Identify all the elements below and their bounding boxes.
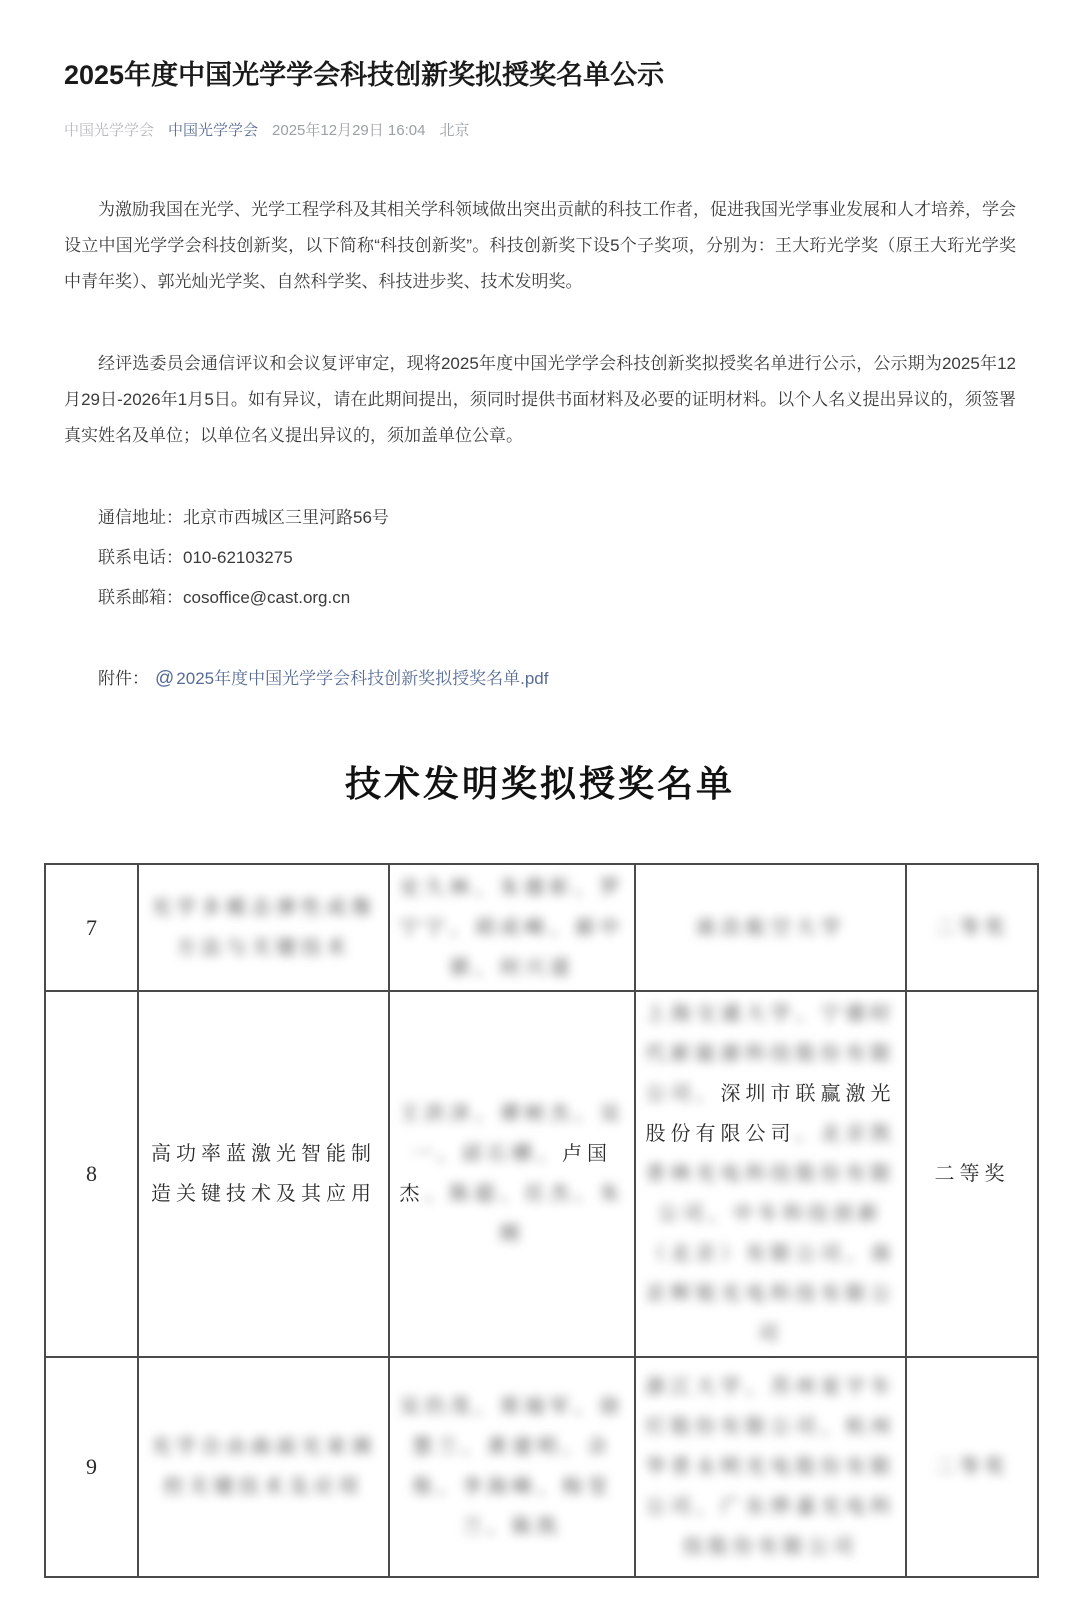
award-level-cell: 二等奖 [906, 991, 1038, 1357]
author-name: 中国光学学会 [64, 119, 154, 140]
award-level-cell: 二等奖 [906, 1357, 1038, 1577]
institutions-cell: 上海交通大学、宁德时代新能源科技股份有限公司、深圳市联赢激光股份有限公司、北京凯… [635, 991, 906, 1357]
announcement-paragraph: 经评选委员会通信评议和会议复评审定，现将2025年度中国光学学会科技创新奖拟授奖… [64, 346, 1016, 454]
row-number-cell: 8 [45, 991, 138, 1357]
award-table: 7光学多模态弹性成像方法与关键技术史久林、朱德彰、罗宁宁、胡成峰、郝中骐、何兴道… [44, 863, 1039, 1578]
redacted-text: 光学自由曲面光束调控关键技术及应用 [151, 1436, 376, 1498]
attachment-label: 附件： [98, 664, 149, 694]
table-row: 9光学自由曲面光束调控关键技术及应用吴仍茂、郑瑞军、徐慧兰、黄建明、佘俊、李海峰… [45, 1357, 1038, 1577]
award-level-cell: 二等奖 [906, 864, 1038, 991]
institutions-cell: 南昌航空大学 [635, 864, 906, 991]
project-name-cell: 高功率蓝激光智能制造关键技术及其应用 [138, 991, 389, 1357]
redacted-text: 吴仍茂、郑瑞军、徐慧兰、黄建明、佘俊、李海峰、杨莹兰、陈凯 [400, 1396, 625, 1538]
awardees-cell: 吴仍茂、郑瑞军、徐慧兰、黄建明、佘俊、李海峰、杨莹兰、陈凯 [389, 1357, 635, 1577]
awardees-cell: 王洪泽、谭树杰、吴一、邱石横、卢国杰、陈超、任杰、朱刚 [389, 991, 635, 1357]
row-number-cell: 7 [45, 864, 138, 991]
redacted-text: 二等奖 [935, 1456, 1010, 1478]
contact-phone: 联系电话：010-62103275 [64, 540, 1016, 576]
publish-datetime: 2025年12月29日 16:04 [272, 119, 425, 140]
redacted-text: 史久林、朱德彰、罗宁宁、胡成峰、郝中骐、何兴道 [400, 877, 625, 979]
table-row: 8高功率蓝激光智能制造关键技术及其应用王洪泽、谭树杰、吴一、邱石横、卢国杰、陈超… [45, 991, 1038, 1357]
project-name-cell: 光学自由曲面光束调控关键技术及应用 [138, 1357, 389, 1577]
publish-location: 北京 [439, 119, 469, 140]
clear-text: 高功率蓝激光智能制造关键技术及其应用 [151, 1143, 376, 1205]
table-row: 7光学多模态弹性成像方法与关键技术史久林、朱德彰、罗宁宁、胡成峰、郝中骐、何兴道… [45, 864, 1038, 991]
redacted-text: 南昌航空大学 [696, 917, 846, 939]
contact-email: 联系邮箱：cosoffice@cast.org.cn [64, 580, 1016, 616]
clear-text: 二等奖 [935, 1163, 1010, 1185]
row-number-cell: 9 [45, 1357, 138, 1577]
redacted-text: 、北京凯普林光电科技股份有限公司、中车科技创新（北京）有限公司、南京辉锐光电科技… [646, 1123, 896, 1345]
intro-paragraph: 为激励我国在光学、光学工程学科及其相关学科领域做出突出贡献的科技工作者，促进我国… [64, 192, 1016, 300]
award-list-heading: 技术发明奖拟授奖名单 [64, 756, 1016, 807]
redacted-text: 、陈超、任杰、朱刚 [425, 1183, 625, 1245]
attachment-row: 附件： @ 2025年度中国光学学会科技创新奖拟授奖名单.pdf [64, 664, 1016, 694]
redacted-text: 二等奖 [935, 917, 1010, 939]
awardees-cell: 史久林、朱德彰、罗宁宁、胡成峰、郝中骐、何兴道 [389, 864, 635, 991]
article-meta: 中国光学学会 中国光学学会 2025年12月29日 16:04 北京 [64, 119, 1016, 140]
attachment-icon: @ [155, 664, 174, 694]
project-name-cell: 光学多模态弹性成像方法与关键技术 [138, 864, 389, 991]
institutions-cell: 浙江大学、苏州星宇车灯股份有限公司、杭州华普永明光电股份有限公司、广东烨嘉光电科… [635, 1357, 906, 1577]
redacted-text: 浙江大学、苏州星宇车灯股份有限公司、杭州华普永明光电股份有限公司、广东烨嘉光电科… [646, 1376, 896, 1558]
attachment-pdf-link[interactable]: 2025年度中国光学学会科技创新奖拟授奖名单.pdf [176, 664, 548, 694]
page-title: 2025年度中国光学学会科技创新奖拟授奖名单公示 [64, 56, 1016, 95]
contact-block: 通信地址：北京市西城区三里河路56号 联系电话：010-62103275 联系邮… [64, 500, 1016, 616]
redacted-text: 光学多模态弹性成像方法与关键技术 [151, 897, 376, 959]
account-link[interactable]: 中国光学学会 [168, 119, 258, 140]
contact-address: 通信地址：北京市西城区三里河路56号 [64, 500, 1016, 536]
